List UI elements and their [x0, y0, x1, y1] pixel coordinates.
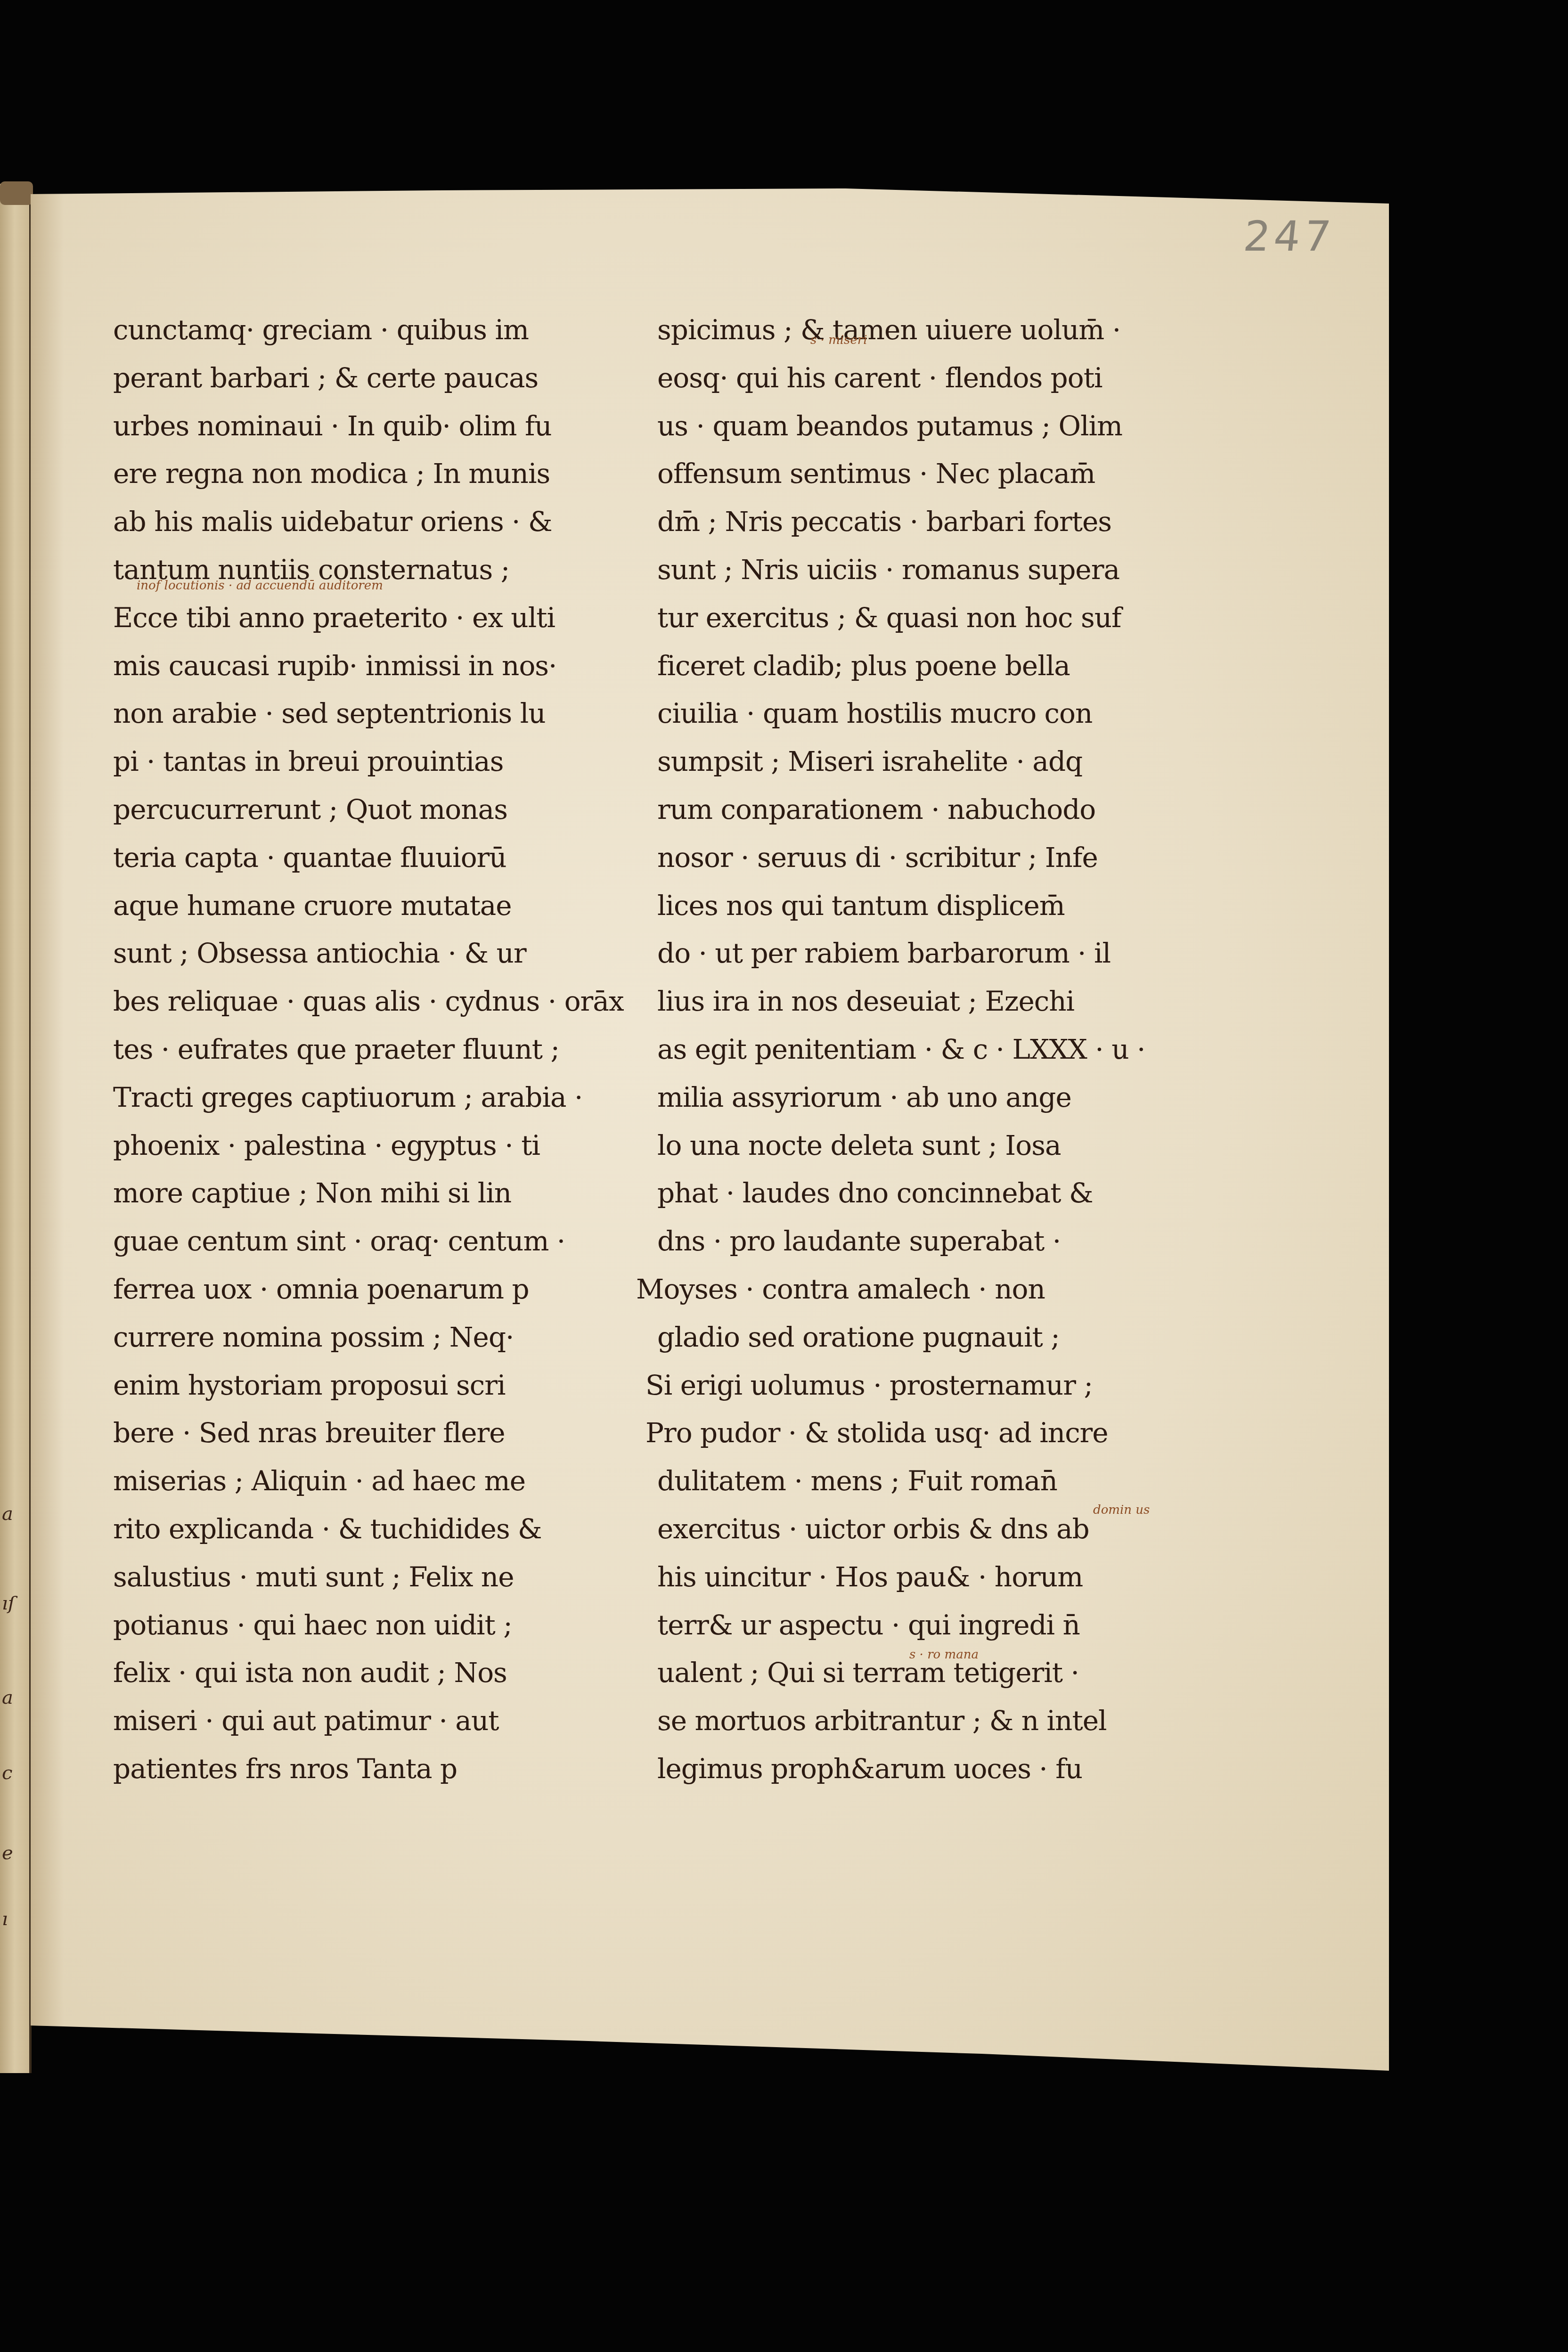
text-line: percucurrerunt ; Quot monas	[113, 786, 622, 834]
text-line: Moyses · contra amalech · non	[636, 1266, 1185, 1314]
folio-number: 247	[1241, 212, 1337, 261]
text-line: tur exercitus ; & quasi non hoc suf	[657, 594, 1185, 642]
text-line: sunt ; Nris uiciis · romanus supera	[657, 546, 1185, 594]
text-line: spicimus ; & tamen uiuere uolum̄ ·	[657, 306, 1185, 354]
text-line: urbes nominaui · In quib· olim fu	[113, 402, 622, 450]
text-line: tes · eufrates que praeter fluunt ;	[113, 1026, 622, 1074]
text-line: Ecce tibi anno praeterito · ex ulti	[113, 594, 622, 642]
text-line: currere nomina possim ; Neq·	[113, 1314, 622, 1362]
text-line: dm̄ ; Nris peccatis · barbari fortes	[657, 498, 1185, 546]
text-line: dns · pro laudante superabat ·	[657, 1217, 1185, 1266]
binding-thread	[0, 181, 33, 205]
text-line: lo una nocte deleta sunt ; Iosa	[657, 1122, 1185, 1170]
text-line: lius ira in nos deseuiat ; Ezechi	[657, 978, 1185, 1026]
text-line: felix · qui ista non audit ; Nos	[113, 1649, 622, 1697]
text-line: ferrea uox · omnia poenarum p	[113, 1266, 622, 1314]
text-line: perant barbari ; & certe paucas	[113, 354, 622, 402]
text-line: miseri · qui aut patimur · aut	[113, 1697, 622, 1745]
text-line: bere · Sed nras breuiter flere	[113, 1409, 622, 1457]
text-line: eosq· qui his carent · flendos poti	[657, 354, 1185, 402]
text-line: miserias ; Aliquin · ad haec me	[113, 1457, 622, 1505]
interlinear-gloss: s · miseri	[810, 333, 867, 347]
text-line: phoenix · palestina · egyptus · ti	[113, 1122, 622, 1170]
text-line: mis caucasi rupib· inmissi in nos·	[113, 642, 622, 690]
previous-leaf-fragment: ıſ	[2, 1592, 15, 1614]
text-line: more captiue ; Non mihi si lin	[113, 1169, 622, 1217]
text-line: legimus proph&arum uoces · fu	[657, 1745, 1185, 1793]
text-line: milia assyriorum · ab uno ange	[657, 1074, 1185, 1122]
interlinear-gloss: inof locutionis · ad accuendū auditorem	[137, 579, 383, 593]
text-line: non arabie · sed septentrionis lu	[113, 690, 622, 738]
text-line: offensum sentimus · Nec placam̄	[657, 450, 1185, 498]
text-line: phat · laudes dno concinnebat &	[657, 1169, 1185, 1217]
text-line: dulitatem · mens ; Fuit roman̄	[657, 1457, 1185, 1505]
text-line: Pro pudor · & stolida usq· ad incre	[645, 1409, 1185, 1457]
text-line: rito explicanda · & tuchidides &	[113, 1505, 622, 1553]
text-line: ciuilia · quam hostilis mucro con	[657, 690, 1185, 738]
text-line: teria capta · quantae fluuiorū	[113, 834, 622, 882]
right-text-column: spicimus ; & tamen uiuere uolum̄ · eosq·…	[657, 306, 1185, 1793]
previous-leaf-fragment: a	[2, 1503, 13, 1525]
text-line: enim hystoriam proposui scri	[113, 1362, 622, 1410]
text-line: terr& ur aspectu · qui ingredi n̄	[657, 1601, 1185, 1650]
text-line: gladio sed oratione pugnauit ;	[657, 1314, 1185, 1362]
text-line: Si erigi uolumus · prosternamur ;	[645, 1362, 1185, 1410]
text-line: patientes frs nros Tanta p	[113, 1745, 622, 1793]
text-line: potianus · qui haec non uidit ;	[113, 1601, 622, 1650]
text-line: do · ut per rabiem barbarorum · il	[657, 930, 1185, 978]
text-line: lices nos qui tantum displicem̄	[657, 882, 1185, 930]
text-line: sunt ; Obsessa antiochia · & ur	[113, 930, 622, 978]
text-line: aque humane cruore mutatae	[113, 882, 622, 930]
previous-leaf-fragment: c	[2, 1762, 12, 1784]
text-line: Tracti greges captiuorum ; arabia ·	[113, 1074, 622, 1122]
text-line: se mortuos arbitrantur ; & n intel	[657, 1697, 1185, 1745]
text-line: salustius · muti sunt ; Felix ne	[113, 1553, 622, 1601]
text-line: his uincitur · Hos pau& · horum	[657, 1553, 1185, 1601]
text-line: rum conparationem · nabuchodo	[657, 786, 1185, 834]
left-text-column: cunctamq· greciam · quibus im perant bar…	[113, 306, 622, 1793]
text-line: ere regna non modica ; In munis	[113, 450, 622, 498]
previous-leaf-fragment: e	[2, 1842, 13, 1864]
previous-leaf-fragment: a	[2, 1687, 13, 1708]
text-line: cunctamq· greciam · quibus im	[113, 306, 622, 354]
text-line: us · quam beandos putamus ; Olim	[657, 402, 1185, 450]
text-line: ab his malis uidebatur oriens · &	[113, 498, 622, 546]
text-line: sumpsit ; Miseri israhelite · adq	[657, 738, 1185, 786]
text-line: as egit penitentiam · & c · LXXX · u ·	[657, 1026, 1185, 1074]
text-line: bes reliquae · quas alis · cydnus · orāx	[113, 978, 622, 1026]
text-line: ficeret cladib; plus poene bella	[657, 642, 1185, 690]
previous-leaf-edge: a ıſ a c e ı	[0, 184, 32, 2073]
previous-leaf-fragment: ı	[2, 1908, 8, 1930]
text-line: nosor · seruus di · scribitur ; Infe	[657, 834, 1185, 882]
interlinear-gloss: s · ro mana	[909, 1648, 979, 1662]
text-line: guae centum sint · oraq· centum ·	[113, 1217, 622, 1266]
interlinear-gloss: domin us	[1093, 1503, 1150, 1517]
text-line: pi · tantas in breui prouintias	[113, 738, 622, 786]
